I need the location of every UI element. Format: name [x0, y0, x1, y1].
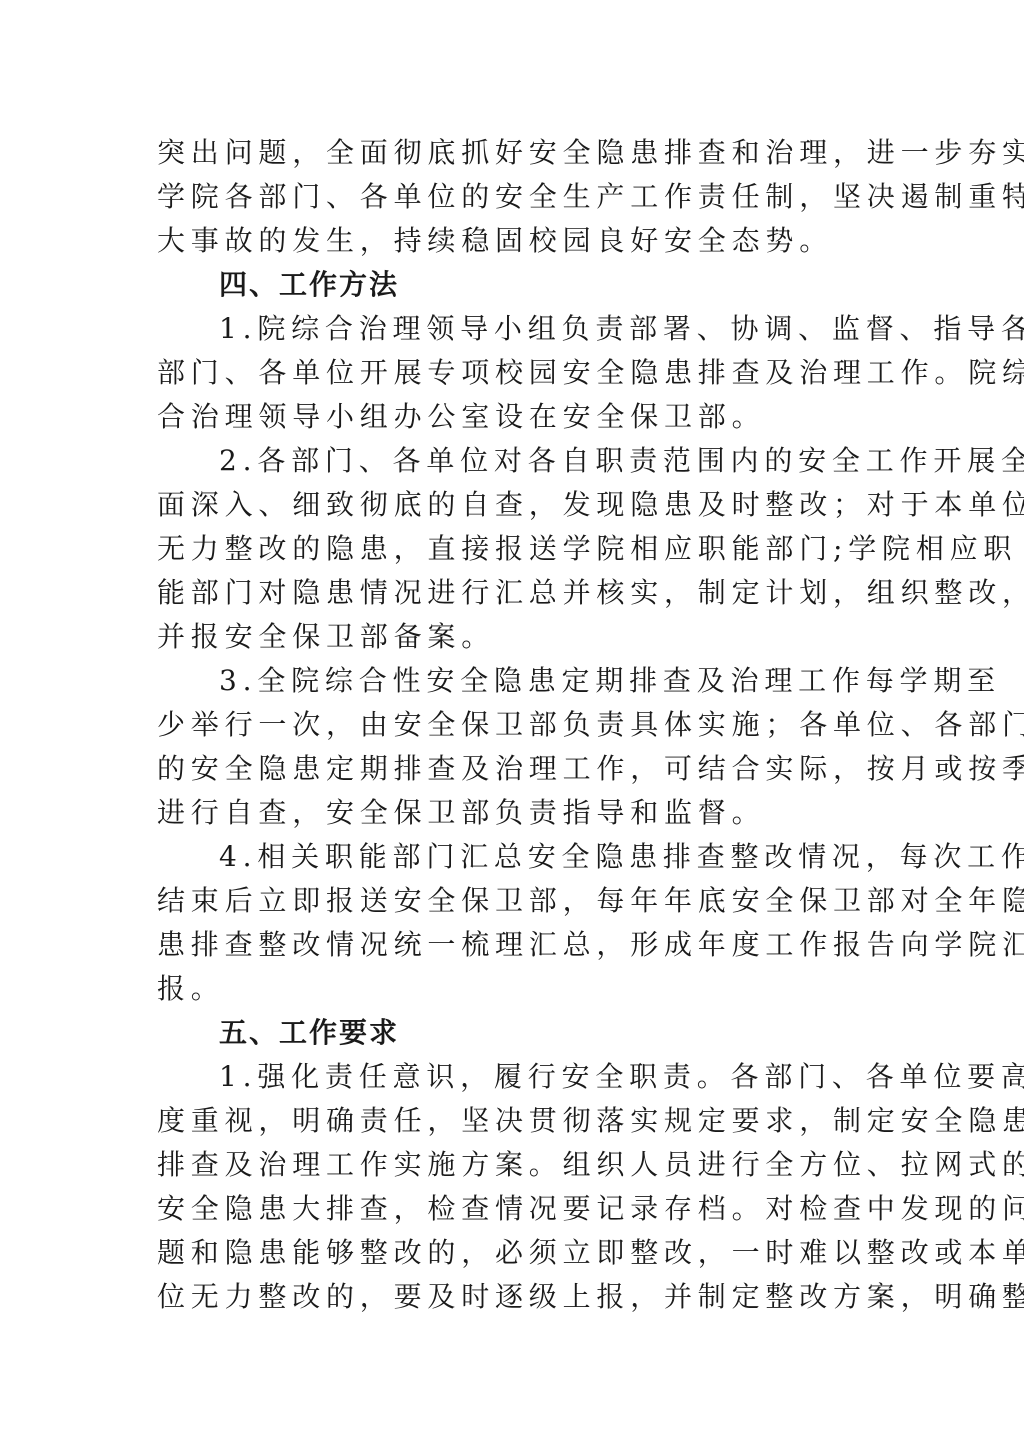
work-method-item-3: 3.全院综合性安全隐患定期排查及治理工作每学期至 少举行一次，由安全保卫部负责具…	[157, 659, 869, 835]
text-line: 患排查整改情况统一梳理汇总，形成年度工作报告向学院汇	[157, 923, 869, 967]
section-heading-work-requirements: 五、工作要求	[157, 1011, 869, 1055]
text-line: 安全隐患大排查，检查情况要记录存档。对检查中发现的问	[157, 1187, 869, 1231]
intro-paragraph: 突出问题，全面彻底抓好安全隐患排查和治理，进一步夯实 学院各部门、各单位的安全生…	[157, 131, 869, 263]
text-line: 报。	[157, 967, 869, 1011]
text-line: 能部门对隐患情况进行汇总并核实，制定计划，组织整改，	[157, 571, 869, 615]
text-line: 突出问题，全面彻底抓好安全隐患排查和治理，进一步夯实	[157, 131, 869, 175]
text-line: 1.强化责任意识，履行安全职责。各部门、各单位要高	[157, 1055, 869, 1099]
text-line: 结束后立即报送安全保卫部，每年年底安全保卫部对全年隐	[157, 879, 869, 923]
text-line: 并报安全保卫部备案。	[157, 615, 869, 659]
text-line: 大事故的发生，持续稳固校园良好安全态势。	[157, 219, 869, 263]
text-line: 排查及治理工作实施方案。组织人员进行全方位、拉网式的	[157, 1143, 869, 1187]
text-line: 进行自查，安全保卫部负责指导和监督。	[157, 791, 869, 835]
text-line: 2.各部门、各单位对各自职责范围内的安全工作开展全	[157, 439, 869, 483]
text-line: 3.全院综合性安全隐患定期排查及治理工作每学期至	[157, 659, 869, 703]
text-line: 部门、各单位开展专项校园安全隐患排查及治理工作。院综	[157, 351, 869, 395]
text-line: 4.相关职能部门汇总安全隐患排查整改情况，每次工作	[157, 835, 869, 879]
work-method-item-1: 1.院综合治理领导小组负责部署、协调、监督、指导各 部门、各单位开展专项校园安全…	[157, 307, 869, 439]
text-line: 合治理领导小组办公室设在安全保卫部。	[157, 395, 869, 439]
document-page: 突出问题，全面彻底抓好安全隐患排查和治理，进一步夯实 学院各部门、各单位的安全生…	[157, 131, 869, 1319]
text-line: 1.院综合治理领导小组负责部署、协调、监督、指导各	[157, 307, 869, 351]
text-line: 学院各部门、各单位的安全生产工作责任制，坚决遏制重特	[157, 175, 869, 219]
text-line: 题和隐患能够整改的，必须立即整改，一时难以整改或本单	[157, 1231, 869, 1275]
section-heading-work-methods: 四、工作方法	[157, 263, 869, 307]
text-line: 无力整改的隐患，直接报送学院相应职能部门;学院相应职	[157, 527, 869, 571]
text-line: 少举行一次，由安全保卫部负责具体实施；各单位、各部门	[157, 703, 869, 747]
text-line: 的安全隐患定期排查及治理工作，可结合实际，按月或按季	[157, 747, 869, 791]
text-line: 面深入、细致彻底的自查，发现隐患及时整改；对于本单位	[157, 483, 869, 527]
text-line: 度重视，明确责任，坚决贯彻落实规定要求，制定安全隐患	[157, 1099, 869, 1143]
work-method-item-2: 2.各部门、各单位对各自职责范围内的安全工作开展全 面深入、细致彻底的自查，发现…	[157, 439, 869, 659]
work-method-item-4: 4.相关职能部门汇总安全隐患排查整改情况，每次工作 结束后立即报送安全保卫部，每…	[157, 835, 869, 1011]
text-line: 位无力整改的，要及时逐级上报，并制定整改方案，明确整	[157, 1275, 869, 1319]
work-requirement-item-1: 1.强化责任意识，履行安全职责。各部门、各单位要高 度重视，明确责任，坚决贯彻落…	[157, 1055, 869, 1319]
